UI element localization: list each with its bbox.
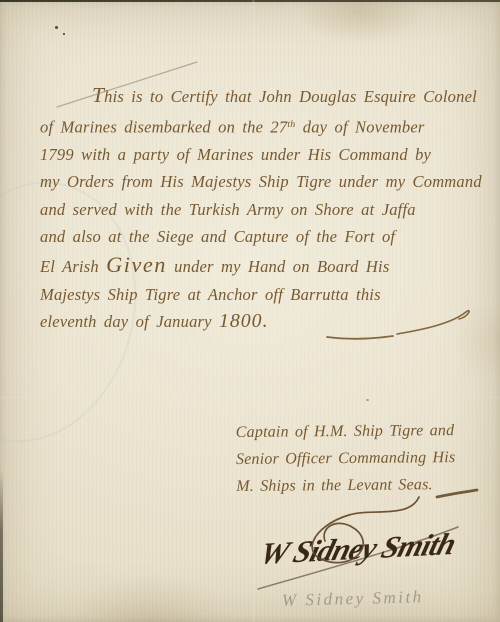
closing-line: Captain of H.M. Ship Tigre and — [236, 418, 456, 447]
body-line-text: under my Hand on Board His — [167, 257, 390, 276]
body-line-text: day of November — [295, 117, 424, 136]
closing-line: M. Ships in the Levant Seas. — [236, 472, 456, 501]
body-line-text: of Marines disembarked on the 27 — [40, 117, 287, 136]
body-line: This is to Certify that John Douglas Esq… — [40, 82, 476, 111]
closing-line: Senior Officer Commanding His — [236, 445, 456, 474]
body-line: eleventh day of January 1800. — [40, 308, 476, 336]
body-line-text: El Arish — [40, 257, 106, 276]
body-line: 1799 with a party of Marines under His C… — [40, 141, 476, 169]
ink-speck — [63, 33, 65, 35]
body-line: my Orders from His Majestys Ship Tigre u… — [40, 168, 476, 196]
body-line: El Arish Given under my Hand on Board Hi… — [40, 251, 476, 281]
scan-edge-left — [0, 470, 3, 622]
body-line: and also at the Siege and Capture of the… — [40, 223, 476, 251]
ink-speck — [366, 399, 369, 401]
given-emphasis: Given — [106, 252, 167, 277]
document-page: This is to Certify that John Douglas Esq… — [0, 0, 500, 622]
certificate-body: This is to Certify that John Douglas Esq… — [40, 82, 476, 336]
scan-edge-top — [0, 0, 500, 2]
underline-1800 — [327, 336, 393, 339]
body-line-text: eleventh day of January — [40, 312, 219, 331]
pencil-annotation: W Sidney Smith — [282, 587, 424, 611]
body-line: and served with the Turkish Army on Shor… — [40, 196, 476, 224]
ink-speck — [55, 26, 58, 29]
ink-signature: W Sidney Smith — [256, 526, 459, 572]
body-line: of Marines disembarked on the 27th day o… — [40, 111, 476, 141]
date-1800: 1800. — [219, 310, 269, 332]
body-line: Majestys Ship Tigre at Anchor off Barrut… — [40, 281, 476, 309]
closing-block: Captain of H.M. Ship Tigre and Senior Of… — [236, 418, 456, 500]
